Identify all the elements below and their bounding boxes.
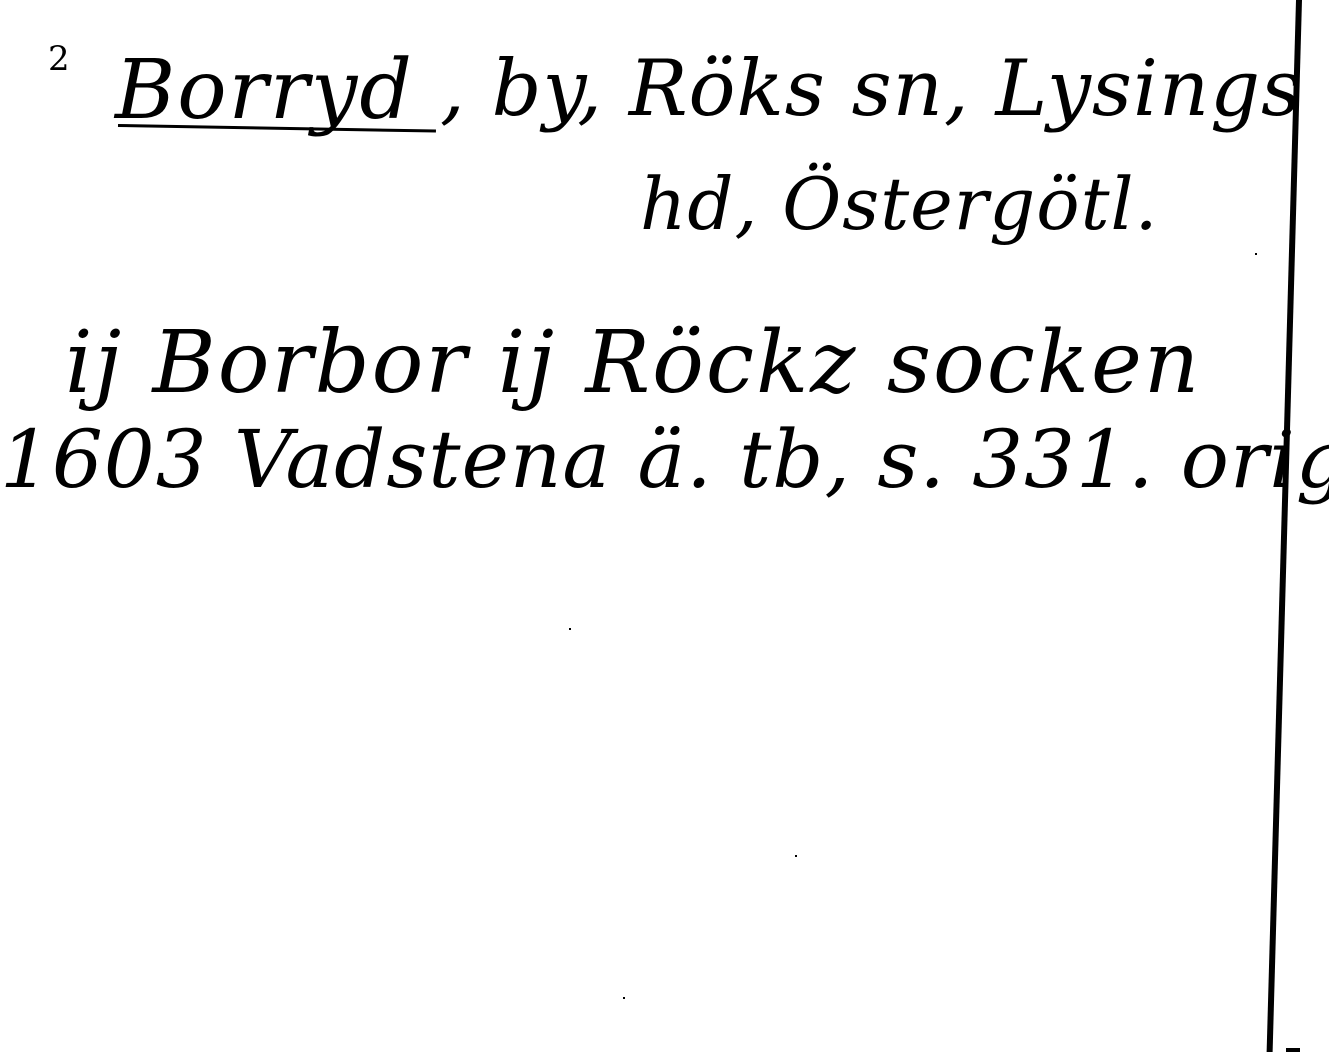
- headword: Borryd: [115, 50, 414, 132]
- place-description-line-1: , by, Röks sn, Lysings: [440, 50, 1302, 128]
- source-citation: 1603 Vadstena ä. tb, s. 331. orig.: [0, 420, 1329, 500]
- reference-number: 2: [48, 42, 70, 76]
- scan-speck: [1255, 253, 1257, 255]
- place-description-line-2: hd, Östergötl.: [640, 168, 1158, 240]
- scan-speck: [795, 855, 797, 857]
- scan-speck: [623, 997, 625, 999]
- index-card: 2 Borryd , by, Röks sn, Lysings hd, Öste…: [0, 0, 1329, 1055]
- historical-form-quote: ij Borbor ij Röckz socken: [65, 320, 1201, 406]
- scan-speck: [569, 628, 571, 630]
- card-right-edge: [1267, 0, 1302, 1052]
- card-corner: [1286, 1048, 1300, 1052]
